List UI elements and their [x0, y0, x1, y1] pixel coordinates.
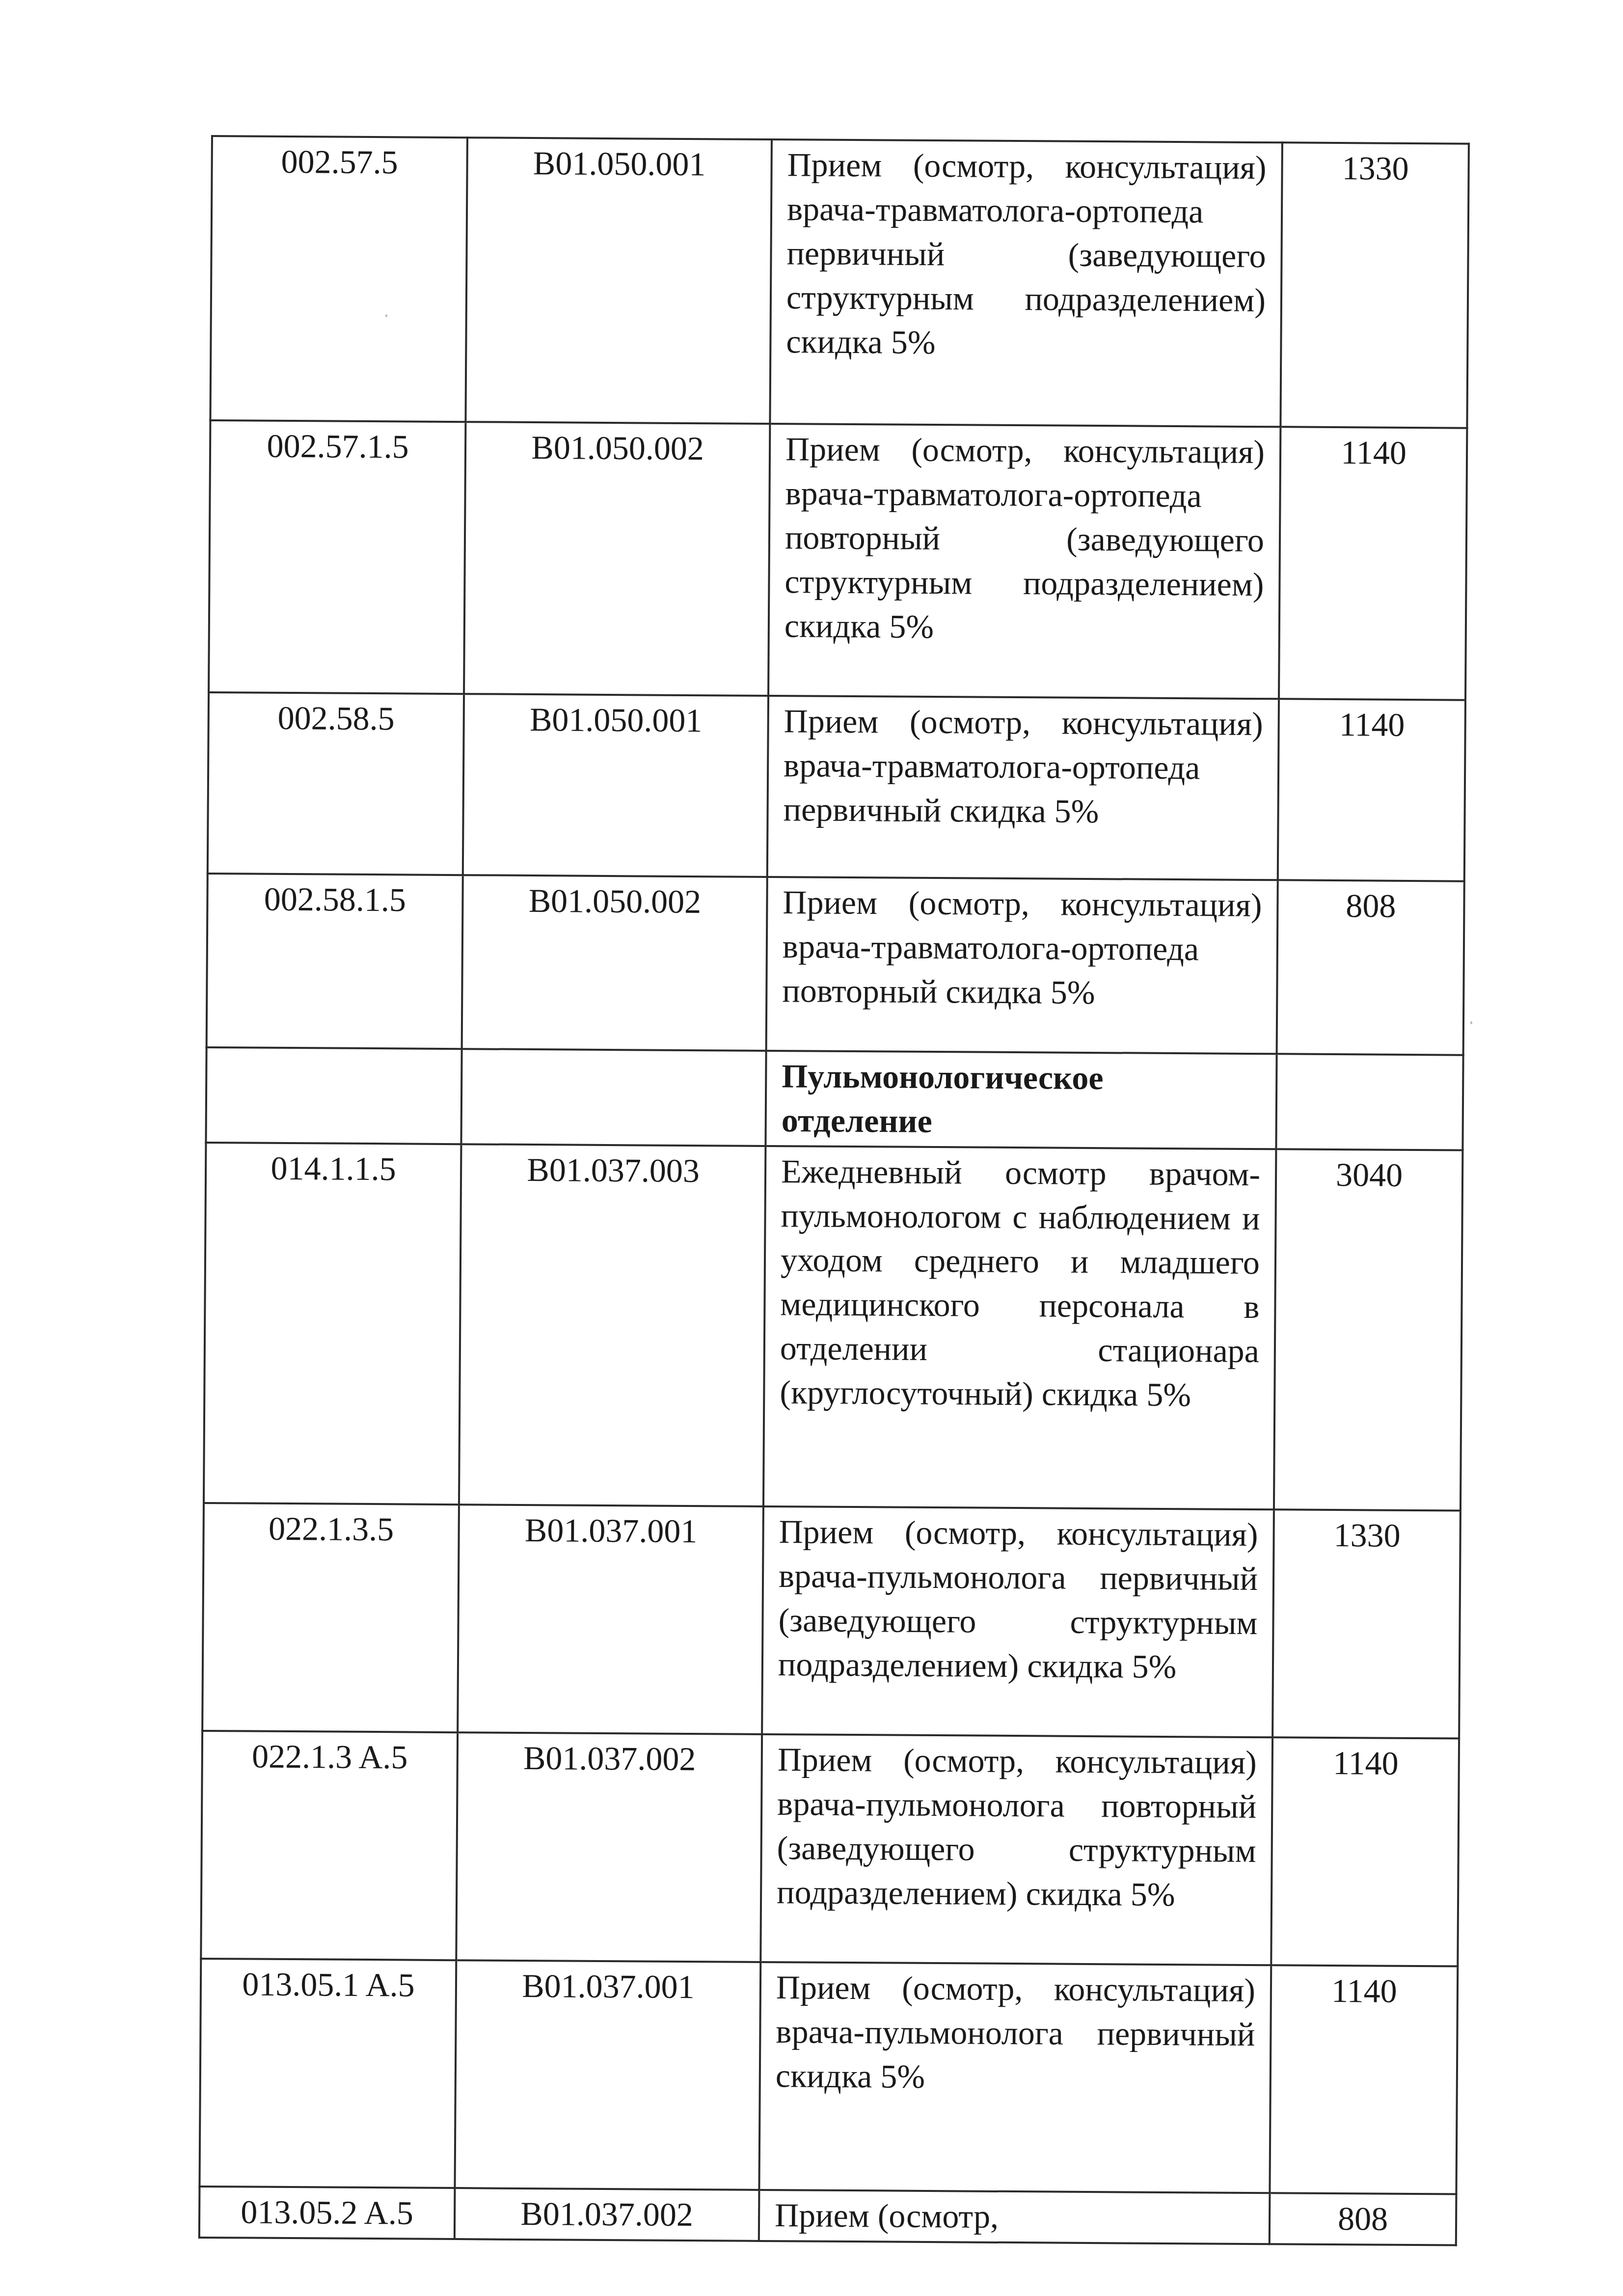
price-value: 1140	[1271, 1737, 1459, 1966]
price-value: 1140	[1279, 427, 1467, 700]
price-table: 002.57.5 B01.050.001 Прием (осмотр, конс…	[198, 135, 1470, 2246]
table-row: 002.57.5 B01.050.001 Прием (осмотр, конс…	[210, 136, 1468, 428]
row-code: 002.58.5	[208, 692, 464, 875]
service-description: Прием (осмотр,	[759, 2190, 1270, 2244]
service-description: Прием (осмотр, консультация) врача-пульм…	[760, 1734, 1272, 1965]
empty-cell	[206, 1047, 461, 1144]
price-value: 1140	[1270, 1965, 1458, 2194]
scan-artifact	[1470, 1021, 1472, 1024]
table-row: 014.1.1.5 B01.037.003 Ежедневный осмотр …	[204, 1143, 1462, 1511]
row-code: 002.58.1.5	[207, 874, 463, 1049]
price-value: 1140	[1278, 699, 1465, 881]
service-code: B01.050.002	[462, 875, 767, 1051]
row-code: 013.05.2 A.5	[199, 2187, 455, 2239]
row-code: 002.57.1.5	[209, 420, 465, 694]
section-title: Пульмонологическое отделение	[765, 1051, 1276, 1149]
service-description: Прием (осмотр, консультация) врача-травм…	[770, 139, 1282, 427]
service-description: Прием (осмотр, консультация) врача-травм…	[766, 877, 1278, 1054]
service-code: B01.037.001	[458, 1504, 763, 1734]
service-code: B01.050.001	[465, 137, 772, 424]
table-row: 002.58.5 B01.050.001 Прием (осмотр, конс…	[208, 692, 1465, 881]
table-row: 013.05.2 A.5 B01.037.002 Прием (осмотр, …	[199, 2187, 1457, 2245]
service-code: B01.050.001	[463, 694, 768, 877]
table-row: 022.1.3.5 B01.037.001 Прием (осмотр, кон…	[202, 1503, 1461, 1739]
section-header-row: Пульмонологическое отделение	[206, 1047, 1463, 1150]
service-code: B01.037.003	[459, 1144, 765, 1506]
price-value: 808	[1270, 2193, 1457, 2245]
row-code: 022.1.3.5	[202, 1503, 459, 1732]
service-code: B01.037.001	[455, 1960, 760, 2190]
row-code: 013.05.1 A.5	[199, 1959, 456, 2188]
service-description: Прием (осмотр, консультация) врача-пульм…	[762, 1506, 1274, 1737]
table-row: 013.05.1 A.5 B01.037.001 Прием (осмотр, …	[199, 1959, 1458, 2194]
service-code: B01.037.002	[455, 2188, 759, 2241]
empty-cell	[1276, 1054, 1463, 1150]
service-description: Ежедневный осмотр врачом-пульмонологом с…	[763, 1146, 1276, 1509]
service-code: B01.037.002	[456, 1732, 762, 1962]
row-code: 022.1.3 A.5	[201, 1731, 458, 1960]
price-value: 1330	[1272, 1509, 1461, 1738]
row-code: 014.1.1.5	[204, 1143, 461, 1504]
service-description: Прием (осмотр, консультация) врача-пульм…	[759, 1962, 1271, 2193]
price-value: 808	[1277, 880, 1464, 1055]
table-row: 002.58.1.5 B01.050.002 Прием (осмотр, ко…	[207, 874, 1464, 1055]
service-code: B01.050.002	[464, 422, 770, 696]
price-value: 3040	[1274, 1149, 1462, 1510]
row-code: 002.57.5	[210, 136, 467, 422]
price-value: 1330	[1280, 142, 1469, 428]
service-description: Прием (осмотр, консультация) врача-травм…	[768, 424, 1280, 699]
table-row: 022.1.3 A.5 B01.037.002 Прием (осмотр, к…	[201, 1731, 1459, 1967]
service-description: Прием (осмотр, консультация) врача-травм…	[767, 696, 1279, 880]
scanned-page: 002.57.5 B01.050.001 Прием (осмотр, конс…	[0, 0, 1623, 2296]
scan-artifact	[385, 314, 387, 317]
table-row: 002.57.1.5 B01.050.002 Прием (осмотр, ко…	[209, 420, 1467, 700]
empty-cell	[461, 1049, 766, 1146]
